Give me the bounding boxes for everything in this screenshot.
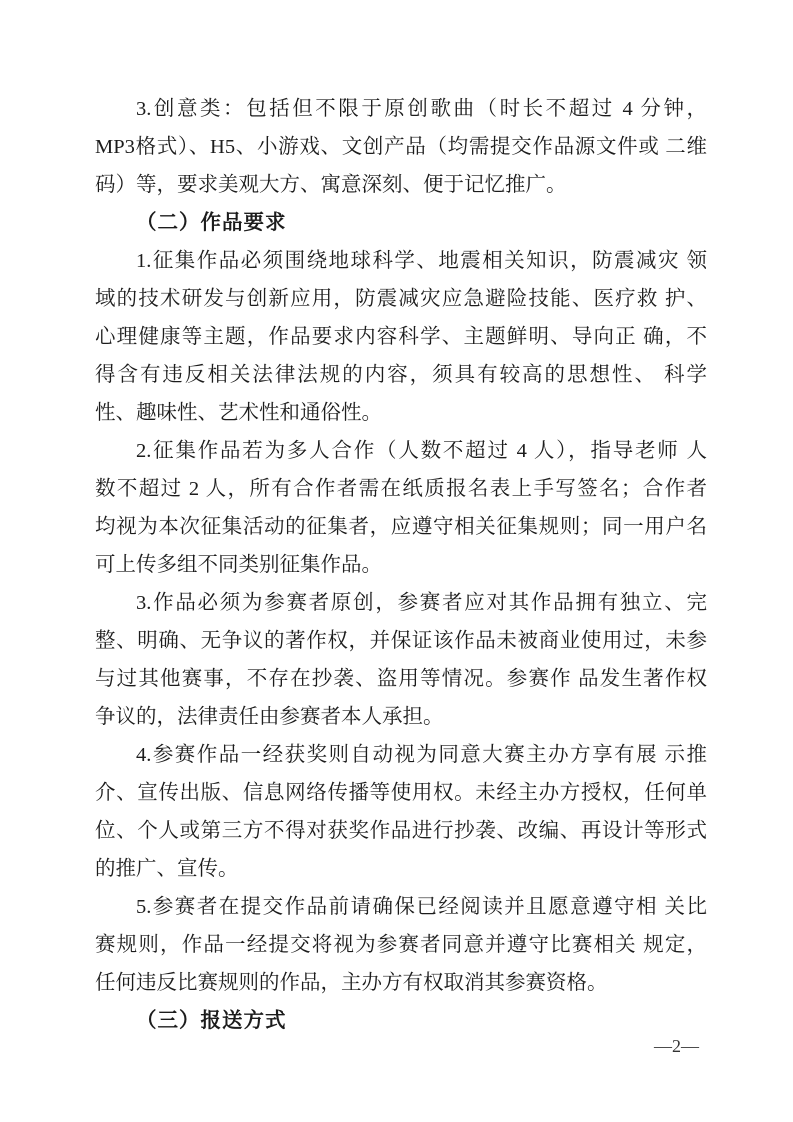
paragraph-line: 整、明确、无争议的著作权，并保证该作品未被商业使用过，未参	[95, 622, 707, 660]
paragraph-line: 可上传多组不同类别征集作品。	[95, 546, 707, 584]
paragraph-line: 域的技术研发与创新应用，防震减灾应急避险技能、医疗救 护、	[95, 280, 707, 318]
paragraph-line: 均视为本次征集活动的征集者，应遵守相关征集规则；同一用户名	[95, 508, 707, 546]
paragraph-line: 性、趣味性、艺术性和通俗性。	[95, 394, 707, 432]
paragraph-line: 心理健康等主题，作品要求内容科学、主题鲜明、导向正 确，不	[95, 318, 707, 356]
paragraph-line: 赛规则，作品一经提交将视为参赛者同意并遵守比赛相关 规定，	[95, 926, 707, 964]
document-body: 3.创意类：包括但不限于原创歌曲（时长不超过 4 分钟， MP3格式）、H5、小…	[95, 90, 707, 1040]
paragraph-line: 得含有违反相关法律法规的内容，须具有较高的思想性、 科学	[95, 356, 707, 394]
page-number: —2—	[654, 1034, 699, 1058]
paragraph-line: 数不超过 2 人，所有合作者需在纸质报名表上手写签名；合作者	[95, 470, 707, 508]
paragraph-line: 的推广、宣传。	[95, 850, 707, 888]
paragraph-line: 3.作品必须为参赛者原创，参赛者应对其作品拥有独立、完	[95, 584, 707, 622]
paragraph-line: 码）等，要求美观大方、寓意深刻、便于记忆推广。	[95, 166, 707, 204]
paragraph-line: 5.参赛者在提交作品前请确保已经阅读并且愿意遵守相 关比	[95, 888, 707, 926]
paragraph-line: 2.征集作品若为多人合作（人数不超过 4 人），指导老师 人	[95, 432, 707, 470]
section-heading-submission-method: （三）报送方式	[95, 1002, 707, 1040]
paragraph-line: 位、个人或第三方不得对获奖作品进行抄袭、改编、再设计等形式	[95, 812, 707, 850]
paragraph-line: 1.征集作品必须围绕地球科学、地震相关知识，防震减灾 领	[95, 242, 707, 280]
section-heading-works-requirements: （二）作品要求	[95, 204, 707, 242]
paragraph-line: 争议的，法律责任由参赛者本人承担。	[95, 698, 707, 736]
paragraph-line: MP3格式）、H5、小游戏、文创产品（均需提交作品源文件或 二维	[95, 128, 707, 166]
paragraph-line: 与过其他赛事，不存在抄袭、盗用等情况。参赛作 品发生著作权	[95, 660, 707, 698]
paragraph-line: 4.参赛作品一经获奖则自动视为同意大赛主办方享有展 示推	[95, 736, 707, 774]
paragraph-line: 介、宣传出版、信息网络传播等使用权。未经主办方授权，任何单	[95, 774, 707, 812]
paragraph-line: 任何违反比赛规则的作品，主办方有权取消其参赛资格。	[95, 964, 707, 1002]
document-page: 3.创意类：包括但不限于原创歌曲（时长不超过 4 分钟， MP3格式）、H5、小…	[0, 0, 793, 1122]
paragraph-line: 3.创意类：包括但不限于原创歌曲（时长不超过 4 分钟，	[95, 90, 707, 128]
